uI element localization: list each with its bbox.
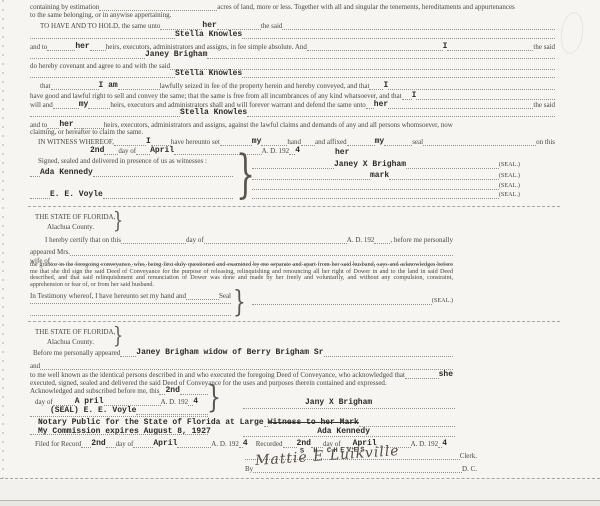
leader [247, 115, 555, 117]
form-text: and affixed [315, 138, 347, 146]
leader [283, 446, 297, 448]
testimony-brace: } [233, 283, 246, 319]
signature-rule [243, 408, 455, 409]
form-text-by: By [245, 465, 253, 473]
leader [120, 355, 136, 357]
venue-brace: } [113, 207, 123, 234]
typed-witness-ee-voyle: E. E. Voyle [50, 190, 103, 199]
leader [30, 197, 50, 199]
deed-line-belonging: to the same belonging, or in anywise app… [30, 9, 555, 19]
deed-line-grantor: Janey Brigham [30, 49, 555, 59]
county-heading: Alachua County. [47, 221, 167, 231]
form-text: A. D. 192 [211, 440, 239, 448]
witness2-row: E. E. Voyle [30, 189, 233, 199]
leader [207, 57, 555, 59]
typed-appearer-name: Janey Brigham widow of Berry Brigham Sr [136, 348, 323, 357]
leader [136, 413, 208, 415]
leader [324, 355, 454, 357]
form-text: A. D. 192 [411, 440, 439, 448]
form-text: to the same belonging, or in anywise app… [30, 11, 171, 19]
form-text: lawfully seized in fee of the property h… [160, 82, 370, 90]
form-text: Signed, sealed and delivered in presence… [38, 157, 207, 165]
form-text: day of [186, 236, 204, 244]
spacer [243, 406, 305, 407]
venue-brace-2: } [113, 322, 123, 349]
seal-row-1: Janey X Brigham (SEAL.) [252, 159, 520, 169]
form-text: Seal [219, 292, 231, 300]
form-text: THE STATE OF FLORIDA, [35, 328, 115, 336]
certify-row: I hereby certify that on this day of A. … [45, 234, 453, 244]
seal-label: (SEAL.) [499, 161, 520, 169]
leader [121, 242, 186, 244]
bottom-band [0, 480, 600, 500]
form-text: A. D. 192 [262, 147, 290, 155]
leader [242, 76, 555, 78]
leader [204, 242, 347, 244]
form-text-dc: D. C. [462, 465, 477, 473]
seal-row-4: (SEAL.) [252, 189, 520, 199]
form-text: Filed for Record [35, 440, 81, 448]
typed-entry-I-am: I am [99, 81, 118, 90]
leader [252, 303, 432, 305]
form-text: seal [412, 138, 423, 146]
leader [177, 446, 211, 448]
leader [423, 144, 536, 146]
county-heading-2: Alachua County. [47, 336, 167, 346]
right-signature-row: Jany X Brigham [243, 397, 455, 407]
blank-rule [30, 303, 231, 304]
form-text: day of [116, 440, 134, 448]
leader [186, 298, 219, 300]
spacer [30, 414, 50, 415]
leader [374, 242, 390, 244]
typed-mark: mark [370, 171, 389, 180]
form-text: Recorded [256, 440, 283, 448]
form-text: that [40, 82, 51, 90]
leader [301, 144, 315, 146]
form-text: on this [536, 138, 555, 146]
deed-line-date: 2nd day of April A. D. 192 4 [30, 145, 300, 155]
leader [242, 37, 555, 39]
typed-entry-grantee: Stella Knowles [175, 30, 242, 39]
typed-entry-my: my [375, 137, 385, 146]
typed-entry-month: April [150, 146, 174, 155]
typed-witness-ada-kennedy-2: Ada Kennedy [317, 427, 370, 436]
leader [93, 175, 233, 177]
spacer [372, 406, 455, 407]
blank-rule [30, 315, 231, 316]
deed-line-grantee2: Stella Knowles [30, 68, 555, 78]
witness1-row: Ada Kennedy [30, 167, 233, 177]
scanned-deed-document: { "glyphs": { "brace": "}" }, "s1": { "l… [0, 0, 600, 506]
leader [384, 144, 412, 146]
deed-page: containing by estimation acres of land, … [0, 0, 600, 506]
seal-label: (SEAL.) [499, 191, 520, 199]
deed-line-claiming: claiming, or hereafter to claim the same… [30, 126, 555, 136]
seal-label: (SEAL.) [499, 172, 520, 180]
form-text: day of [118, 147, 136, 155]
dower-seal-row: (SEAL.) [252, 295, 453, 305]
typed-entry-year: 4 [295, 146, 300, 155]
leader [30, 175, 40, 177]
form-text-clerk: Clerk. [460, 452, 477, 460]
typed-signature-jany-x-brigham: Jany X Brigham [305, 398, 372, 407]
form-text: Alachua County. [47, 223, 94, 231]
deed-line-seized: that I am lawfully seized in fee of the … [30, 80, 555, 90]
leader [30, 115, 180, 117]
left-margin-perforation [2, 0, 4, 506]
form-text: claiming, or hereafter to claim the same… [30, 128, 143, 136]
before-appeared-row: Before me personally appeared Janey Brig… [33, 347, 453, 357]
typed-entry-grantor: Janey Brigham [145, 50, 207, 59]
notary-seal-row: (SEAL) E. E. Voyle [30, 405, 208, 415]
leader [347, 144, 375, 146]
typed-witness-ada-kennedy: Ada Kennedy [40, 168, 93, 177]
typed-recorded-year: 4 [442, 439, 447, 448]
form-text: Alachua County. [47, 338, 94, 346]
ack-brace: } [207, 381, 221, 416]
typed-entry-grantee: Stella Knowles [180, 108, 247, 117]
seal-row-2: mark (SEAL.) [252, 170, 520, 180]
blank-rule [30, 434, 208, 435]
leader [30, 57, 145, 59]
form-text: In Testimony whereof, I have hereunto se… [30, 292, 186, 300]
form-text: I hereby certify that on this [45, 236, 121, 244]
typed-signature-janey-x-brigham: Janey X Brigham [334, 160, 406, 169]
leader [81, 446, 91, 448]
leader [30, 37, 175, 39]
leader [253, 471, 462, 473]
page-bottom-edge [0, 500, 600, 506]
deed-line-grantee3: Stella Knowles [30, 107, 555, 117]
leader [252, 167, 334, 169]
acknowledged-row: Acknowledged and subscribed before me, t… [30, 385, 208, 395]
typed-notary-seal-voyle: (SEAL) E. E. Voyle [50, 406, 136, 415]
typed-entry-day: 2nd [165, 386, 179, 395]
leader [180, 393, 208, 395]
seal-label: (SEAL.) [432, 297, 453, 305]
section-separator [28, 321, 560, 322]
leader [252, 197, 499, 199]
form-text: THE STATE OF FLORIDA, [35, 213, 115, 221]
faint-stamp-mark [558, 11, 586, 56]
typed-filed-day: 2nd [91, 439, 105, 448]
leader [106, 446, 116, 448]
state-heading-2: THE STATE OF FLORIDA, [35, 326, 155, 336]
blank-rule [243, 436, 455, 437]
leader [133, 446, 153, 448]
typed-her-over-mark: her [335, 148, 349, 157]
form-text: Acknowledged and subscribed before me, t… [30, 387, 159, 395]
leader [30, 76, 175, 78]
witness-label-row: Signed, sealed and delivered in presence… [30, 155, 235, 165]
form-text: A. D. 192 [347, 236, 375, 244]
leader [406, 167, 499, 169]
form-text: Before me personally appeared [33, 349, 120, 357]
typed-entry-grantee: Stella Knowles [175, 69, 242, 78]
typed-entry-day: 2nd [90, 146, 104, 155]
typed-filed-month: April [153, 439, 177, 448]
bottom-dashed-rule [0, 478, 600, 479]
testimony-row: In Testimony whereof, I have hereunto se… [30, 290, 231, 300]
spacer [248, 447, 256, 448]
deed-line-grantee1: Stella Knowles [30, 29, 555, 39]
state-heading: THE STATE OF FLORIDA, [35, 211, 155, 221]
form-text: , before me personally [390, 236, 453, 244]
section-separator [28, 206, 560, 207]
leader [103, 197, 233, 199]
spacer [30, 435, 38, 436]
